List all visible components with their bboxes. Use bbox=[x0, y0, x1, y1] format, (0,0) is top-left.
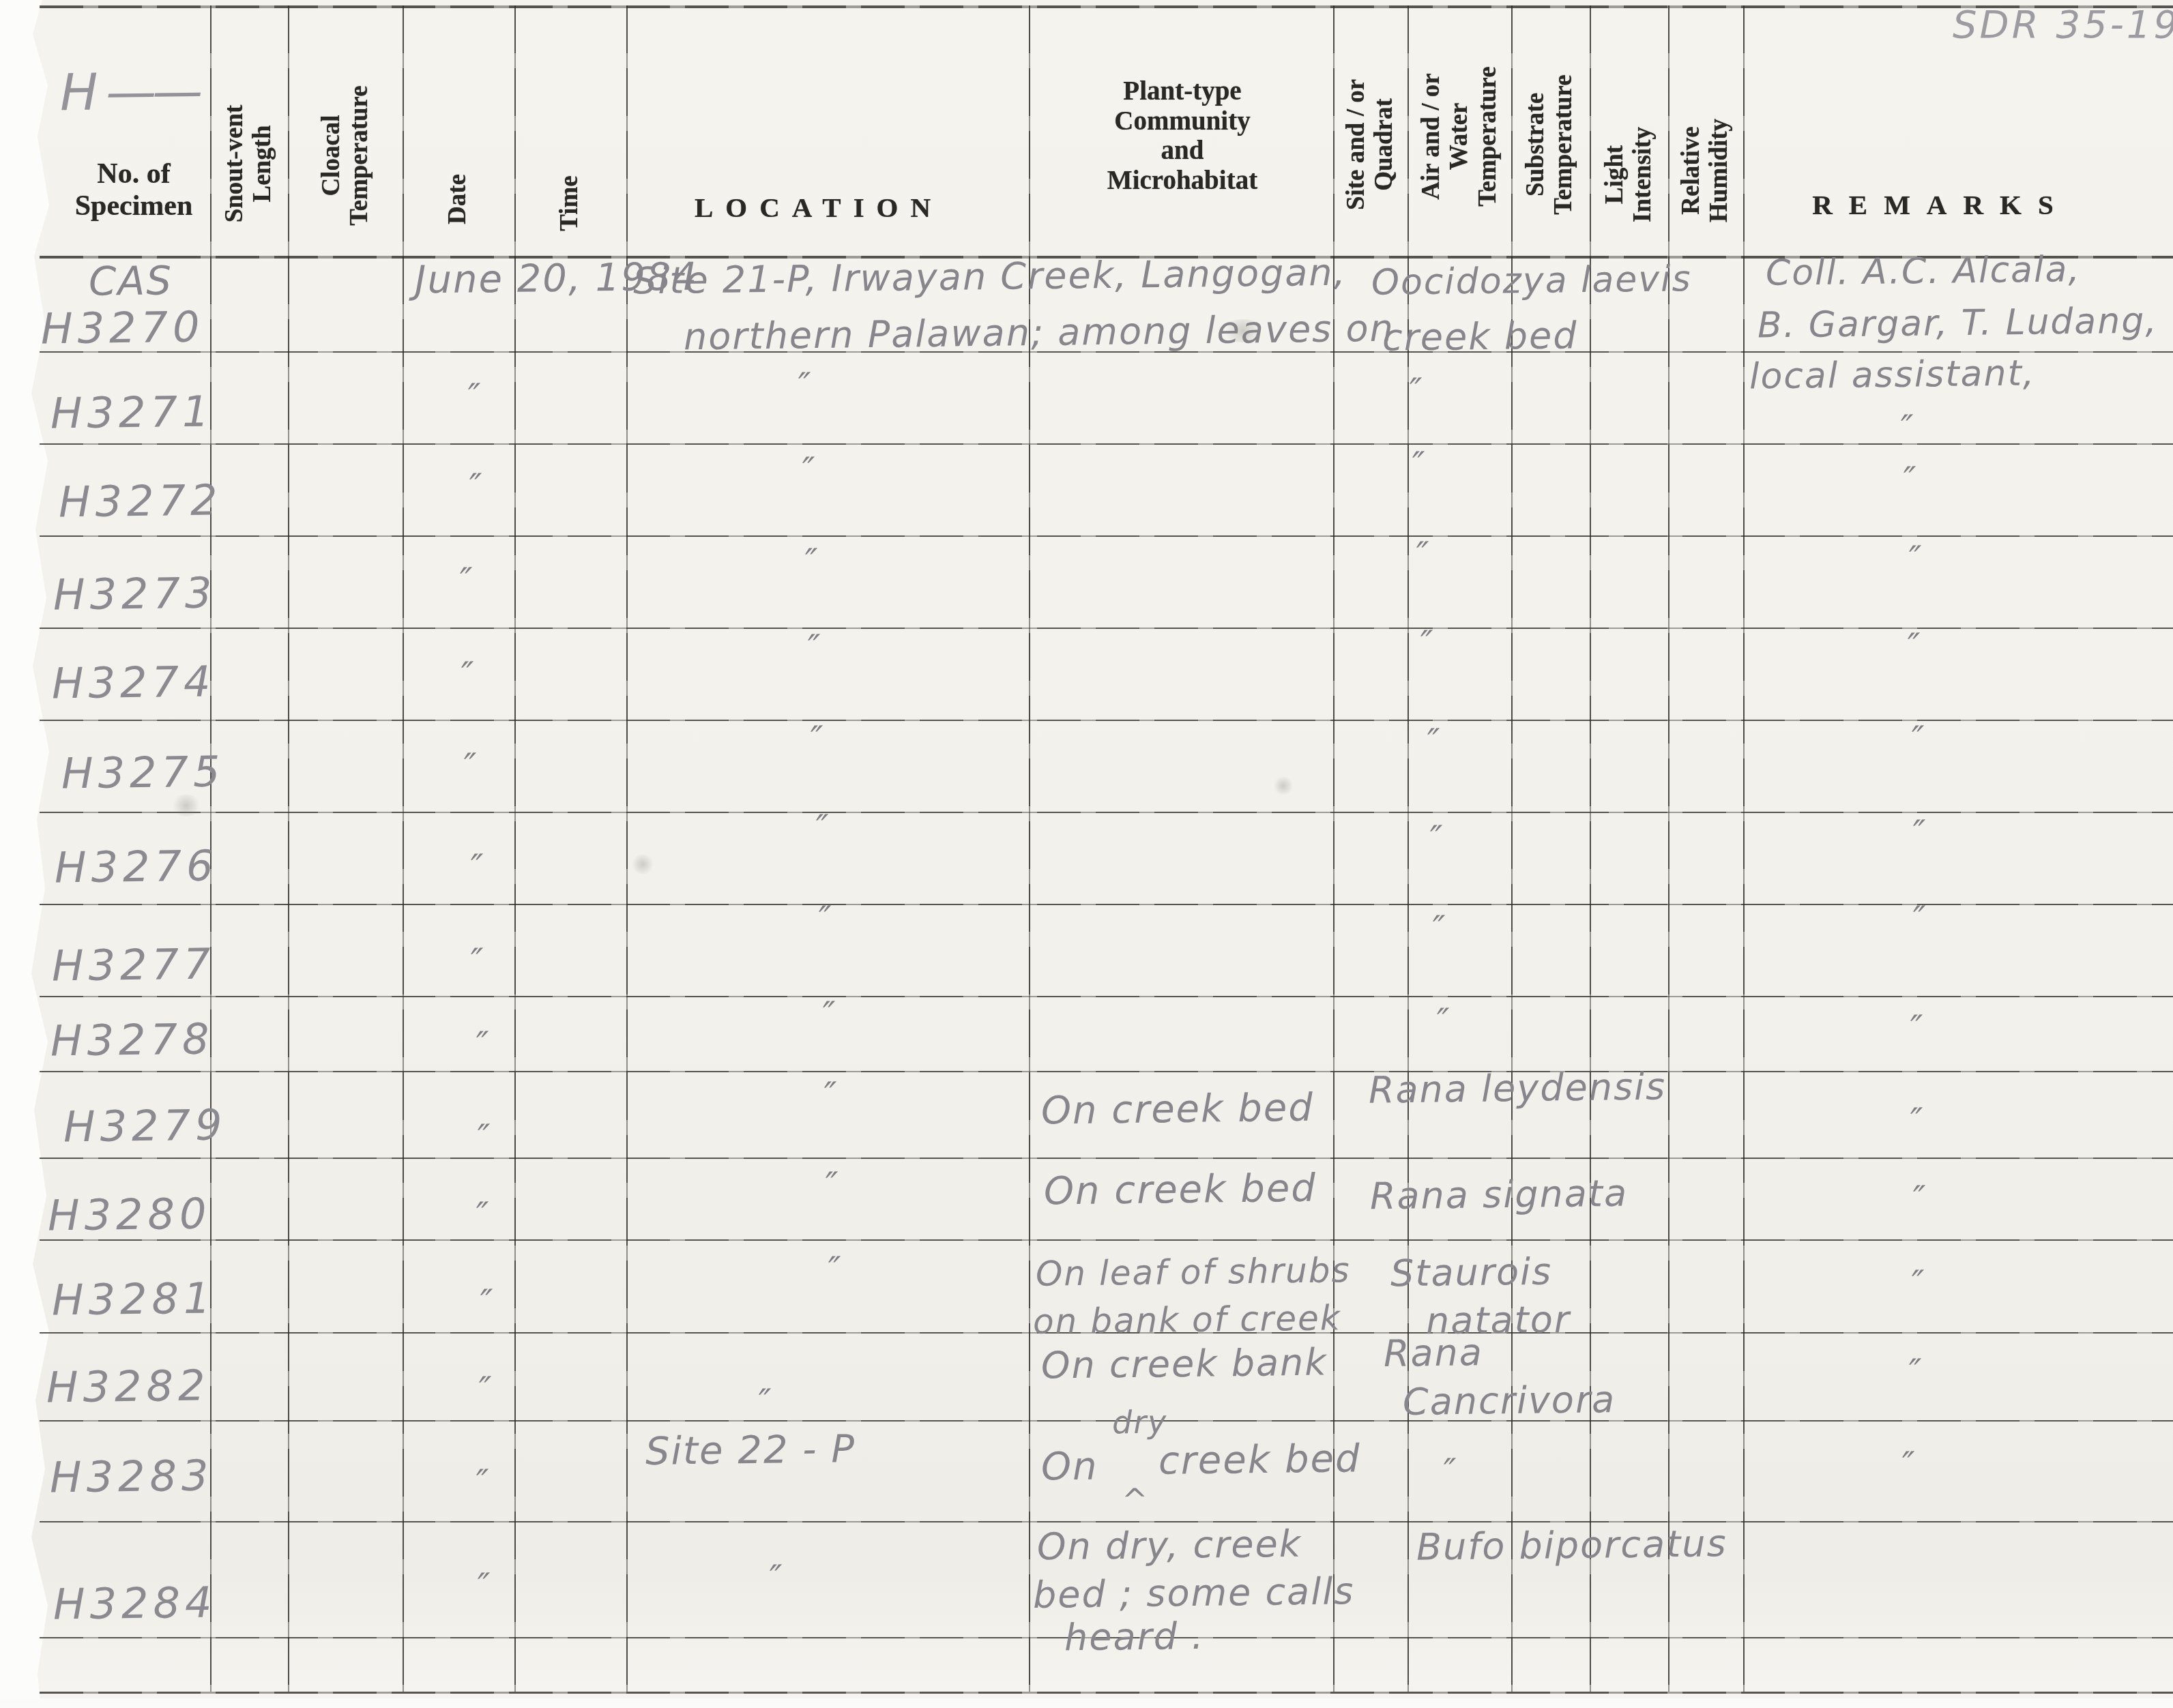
column-line bbox=[1590, 5, 1591, 1692]
ditto-mark-date: ″ bbox=[478, 1566, 491, 1606]
cell-species_1: Oocidozya laevis bbox=[1371, 259, 1692, 304]
ditto-mark-location: ″ bbox=[811, 719, 823, 759]
ditto-mark-remarks: ″ bbox=[1912, 1263, 1925, 1303]
paper-bottom-edge bbox=[0, 1698, 2173, 1708]
ditto-mark-location: ″ bbox=[798, 366, 811, 405]
ditto-mark-date: ″ bbox=[480, 1282, 493, 1322]
ditto-mark-air_water: ″ bbox=[1420, 623, 1433, 663]
ditto-mark-air_water: ″ bbox=[1412, 445, 1425, 484]
cell-location: Site 22 - P bbox=[645, 1427, 856, 1474]
cell-location_3: creek bed bbox=[1382, 314, 1578, 359]
column-header-substrate-temp: Substrate Temperature bbox=[1521, 74, 1578, 215]
cell-specimen: H3280 bbox=[48, 1189, 212, 1241]
cell-microhabitat_1: On leaf of shrubs bbox=[1036, 1250, 1351, 1294]
cell-micro_on: On bbox=[1041, 1444, 1098, 1489]
ditto-mark-location: ″ bbox=[759, 1382, 772, 1422]
ditto-mark-remarks: ″ bbox=[1904, 460, 1916, 499]
paper-smudge bbox=[631, 854, 654, 874]
row-line bbox=[40, 1071, 2173, 1072]
ditto-mark-location: ″ bbox=[823, 995, 836, 1034]
ditto-mark-remarks: ″ bbox=[1913, 813, 1926, 853]
column-line bbox=[1408, 5, 1409, 1692]
cell-remarks_3: local assistant, bbox=[1749, 353, 2036, 397]
ditto-mark-date: ″ bbox=[471, 941, 484, 981]
ditto-mark-remarks: ″ bbox=[1908, 626, 1921, 666]
cell-specimen: H3279 bbox=[63, 1100, 227, 1152]
row-line bbox=[40, 1420, 2173, 1422]
cell-micro_rest: creek bed bbox=[1158, 1437, 1361, 1484]
ditto-mark-date: ″ bbox=[476, 1462, 489, 1502]
cell-species_1: Rana signata bbox=[1370, 1172, 1629, 1218]
row-line bbox=[40, 812, 2173, 813]
cell-location_2: northern Palawan; among leaves on bbox=[684, 307, 1395, 359]
cell-microhabitat_3: heard . bbox=[1064, 1615, 1205, 1660]
ditto-mark-location: ″ bbox=[808, 628, 821, 667]
cell-specimen: H3281 bbox=[52, 1273, 216, 1325]
ditto-mark-remarks: ″ bbox=[1901, 408, 1914, 447]
ditto-mark-air_water: ″ bbox=[1416, 535, 1429, 574]
cell-species_1: Bufo biporcatus bbox=[1416, 1522, 1727, 1569]
ditto-mark-date: ″ bbox=[461, 655, 474, 694]
ditto-mark-remarks: ″ bbox=[1913, 1179, 1926, 1218]
row-line bbox=[40, 535, 2173, 537]
paper-smudge bbox=[1221, 319, 1265, 342]
row-line bbox=[40, 443, 2173, 445]
column-header-light-intensity: Light Intensity bbox=[1601, 127, 1657, 222]
cell-microhabitat_2: on bank of creek bbox=[1033, 1298, 1341, 1342]
cell-species_1: Staurois bbox=[1390, 1250, 1553, 1295]
column-header-specimen: No. of Specimen bbox=[75, 158, 193, 222]
row-line bbox=[40, 628, 2173, 629]
row-line bbox=[40, 1158, 2173, 1159]
ditto-mark-date: ″ bbox=[471, 847, 484, 887]
ditto-mark-date: ″ bbox=[460, 561, 473, 600]
row-line bbox=[40, 1692, 2173, 1694]
column-line bbox=[1743, 5, 1745, 1692]
row-line bbox=[40, 720, 2173, 721]
cell-specimen: H3274 bbox=[52, 657, 216, 709]
ditto-mark-location: ″ bbox=[816, 808, 829, 847]
ditto-mark-location: ″ bbox=[805, 542, 818, 581]
cell-micro_ins: dry bbox=[1112, 1404, 1168, 1441]
cell-specimen: H3272 bbox=[59, 475, 222, 527]
ditto-mark-date: ″ bbox=[476, 1025, 489, 1064]
column-line bbox=[1511, 5, 1513, 1692]
cell-microhabitat_1: On creek bank bbox=[1041, 1340, 1328, 1387]
cell-microhabitat_1: On dry, creek bbox=[1037, 1522, 1302, 1569]
ditto-mark-air_water: ″ bbox=[1433, 909, 1446, 948]
cell-remarks_1: Coll. A.C. Alcala, bbox=[1766, 249, 2082, 294]
column-header-location: LOCATION bbox=[695, 192, 943, 224]
ditto-mark-date: ″ bbox=[464, 746, 477, 786]
column-header-time: Time bbox=[555, 175, 583, 231]
column-line bbox=[403, 5, 404, 1692]
sdr-code-label: SDR 35-19 bbox=[1953, 3, 2173, 47]
ditto-mark-location: ″ bbox=[824, 1075, 837, 1115]
cell-microhabitat_2: bed ; some calls bbox=[1033, 1570, 1355, 1617]
ditto-mark-remarks: ″ bbox=[1910, 1008, 1923, 1048]
row-line bbox=[40, 904, 2173, 905]
ditto-mark-remarks: ″ bbox=[1909, 1352, 1922, 1392]
cell-remarks_2: B. Gargar, T. Ludang, bbox=[1758, 300, 2158, 346]
row-line bbox=[40, 996, 2173, 997]
cell-caret: ^ bbox=[1122, 1482, 1150, 1518]
ditto-mark-location: ″ bbox=[819, 899, 832, 939]
paper-smudge bbox=[1273, 776, 1294, 795]
column-header-snout-vent: Snout-vent Length bbox=[220, 105, 277, 223]
cell-specimen: H3276 bbox=[55, 841, 218, 893]
cell-specimen: H3283 bbox=[50, 1451, 214, 1503]
ditto-mark-remarks: ″ bbox=[1913, 899, 1926, 939]
column-header-air-water-temp: Air and / or Water Temperature bbox=[1417, 66, 1502, 207]
cell-specimen: H3282 bbox=[46, 1361, 210, 1413]
column-header-relative-humidity: Relative Humidity bbox=[1677, 119, 1734, 222]
scanned-field-data-sheet: H —— SDR 35-19 No. of Specimen Snout-ven… bbox=[0, 0, 2173, 1708]
cell-specimen_prefix: CAS bbox=[89, 257, 173, 304]
ditto-mark-location: ″ bbox=[828, 1250, 841, 1289]
cell-location_1: Site 21-P, Irwayan Creek, Langogan, bbox=[633, 251, 1347, 303]
cell-specimen: H3278 bbox=[50, 1014, 214, 1066]
paper-smudge bbox=[171, 795, 202, 816]
cell-specimen: H3277 bbox=[52, 939, 216, 991]
cell-species_1: Rana bbox=[1384, 1331, 1484, 1375]
column-header-date: Date bbox=[443, 174, 471, 224]
ditto-mark-remarks: ″ bbox=[1909, 539, 1922, 578]
ditto-mark-air_water: ″ bbox=[1444, 1452, 1457, 1491]
ditto-mark-date: ″ bbox=[476, 1195, 489, 1235]
column-header-microhabitat: Plant-type Community and Microhabitat bbox=[1107, 76, 1257, 196]
margin-annotation: H —— bbox=[59, 62, 199, 122]
ditto-mark-air_water: ″ bbox=[1410, 371, 1423, 411]
ditto-mark-date: ″ bbox=[479, 1370, 492, 1409]
cell-species_2: Cancrivora bbox=[1403, 1378, 1616, 1424]
cell-microhabitat_1: On creek bed bbox=[1044, 1166, 1317, 1214]
cell-microhabitat_1: On creek bed bbox=[1041, 1086, 1315, 1134]
row-line bbox=[40, 5, 2173, 8]
cell-specimen: H3270 bbox=[41, 302, 205, 354]
ditto-mark-remarks: ″ bbox=[1912, 719, 1925, 759]
ditto-mark-location: ″ bbox=[802, 450, 815, 490]
cell-specimen: H3275 bbox=[61, 747, 225, 799]
column-header-cloacal-temp: Cloacal Temperature bbox=[317, 85, 374, 226]
ditto-mark-date: ″ bbox=[478, 1117, 491, 1157]
column-line bbox=[288, 5, 289, 1692]
cell-species_1: Rana leydensis bbox=[1369, 1065, 1667, 1111]
ditto-mark-air_water: ″ bbox=[1430, 819, 1443, 858]
ditto-mark-location: ″ bbox=[770, 1558, 783, 1597]
ditto-mark-location: ″ bbox=[826, 1165, 838, 1205]
ditto-mark-date: ″ bbox=[468, 377, 481, 416]
cell-specimen: H3273 bbox=[53, 568, 217, 620]
column-header-remarks: REMARKS bbox=[1812, 190, 2070, 221]
ditto-mark-remarks: ″ bbox=[1910, 1101, 1923, 1140]
row-line bbox=[40, 1521, 2173, 1522]
column-header-site-quadrat: Site and / or Quadrat bbox=[1342, 79, 1399, 210]
ditto-mark-date: ″ bbox=[469, 467, 482, 506]
ditto-mark-remarks: ″ bbox=[1902, 1445, 1915, 1484]
cell-specimen: H3284 bbox=[53, 1578, 217, 1630]
row-line bbox=[40, 1239, 2173, 1241]
ditto-mark-air_water: ″ bbox=[1427, 722, 1440, 761]
ditto-mark-air_water: ″ bbox=[1437, 1001, 1450, 1041]
cell-specimen: H3271 bbox=[50, 387, 214, 439]
